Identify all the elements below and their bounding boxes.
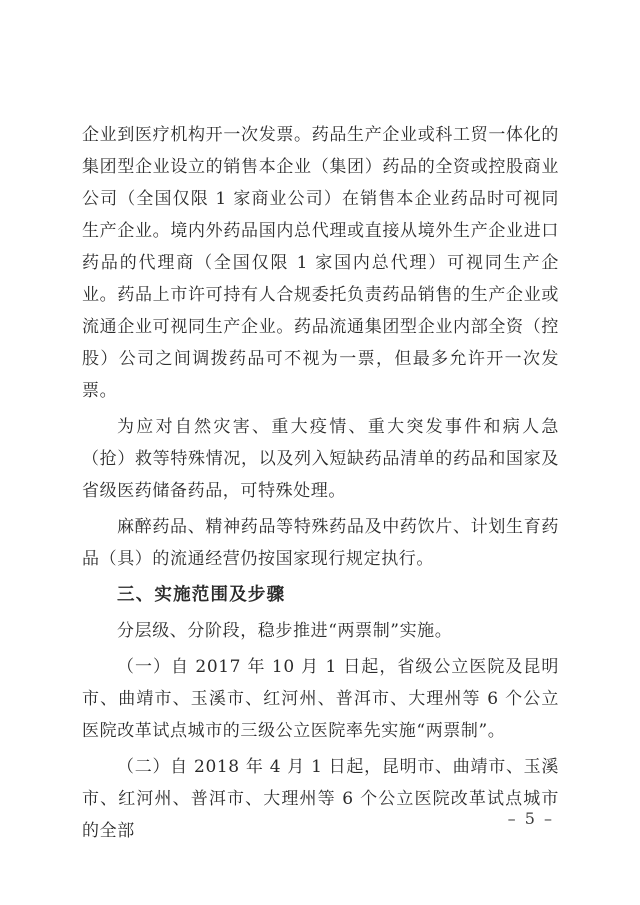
section-heading-implementation-scope: 三、实施范围及步骤 <box>82 579 559 611</box>
page-number: – 5 – <box>508 809 554 828</box>
paragraph-special-situations: 为应对自然灾害、重大疫情、重大突发事件和病人急（抢）救等特殊情况，以及列入短缺药… <box>82 411 559 507</box>
document-body: 企业到医疗机构开一次发票。药品生产企业或科工贸一体化的集团型企业设立的销售本企业… <box>82 119 559 851</box>
paragraph-special-drugs: 麻醉药品、精神药品等特殊药品及中药饮片、计划生育药品（具）的流通经营仍按国家现行… <box>82 511 559 575</box>
paragraph-implementation-overview: 分层级、分阶段，稳步推进“两票制”实施。 <box>82 615 559 647</box>
paragraph-phase-one: （一）自 2017 年 10 月 1 日起，省级公立医院及昆明市、曲靖市、玉溪市… <box>82 651 559 747</box>
paragraph-phase-two: （二）自 2018 年 4 月 1 日起，昆明市、曲靖市、玉溪市、红河州、普洱市… <box>82 751 559 847</box>
paragraph-continuation: 企业到医疗机构开一次发票。药品生产企业或科工贸一体化的集团型企业设立的销售本企业… <box>82 119 559 407</box>
document-page: 企业到医疗机构开一次发票。药品生产企业或科工贸一体化的集团型企业设立的销售本企业… <box>0 0 640 905</box>
